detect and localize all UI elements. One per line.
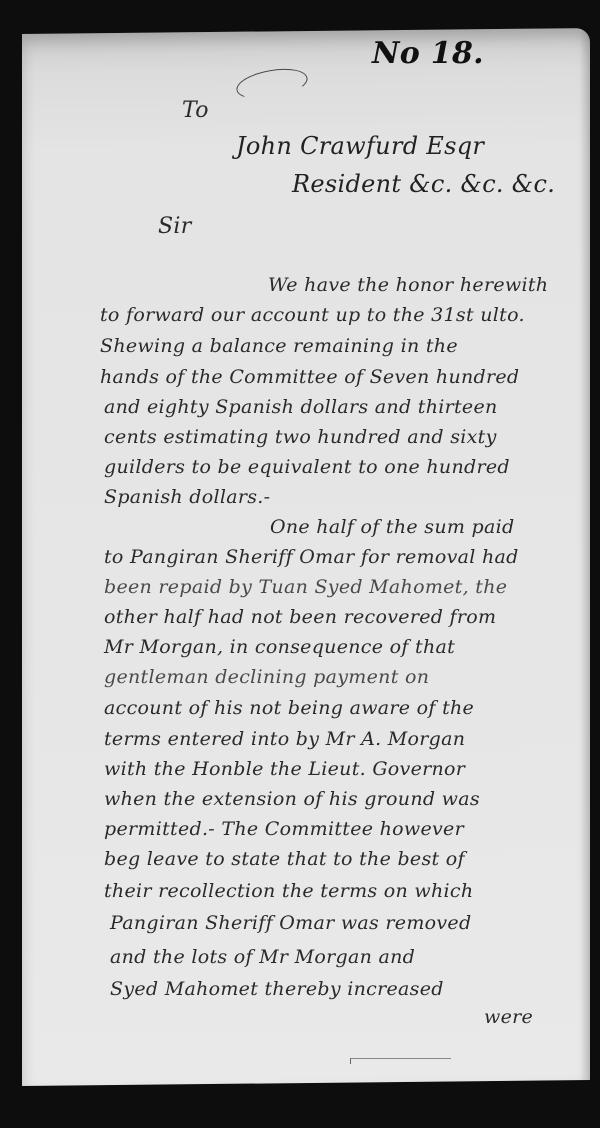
body-line: Pangiran Sheriff Omar was removed: [110, 912, 471, 934]
body-line: permitted.- The Committee however: [104, 818, 464, 840]
archive-mark: [350, 1058, 451, 1064]
body-line: beg leave to state that to the best of: [104, 848, 465, 870]
addressee-to: To: [182, 98, 209, 123]
body-line: with the Honble the Lieut. Governor: [104, 758, 465, 780]
body-line: Shewing a balance remaining in the: [100, 335, 458, 357]
body-line: and the lots of Mr Morgan and: [110, 946, 415, 968]
body-line: their recollection the terms on which: [104, 880, 473, 902]
body-line: hands of the Committee of Seven hundred: [100, 366, 519, 388]
document-number: No 18.: [372, 36, 484, 71]
catchword: were: [484, 1006, 533, 1028]
addressee-name: John Crawfurd Esqr: [236, 132, 484, 160]
body-line: Mr Morgan, in consequence of that: [104, 636, 455, 658]
addressee-title: Resident &c. &c. &c.: [292, 170, 555, 198]
body-line: when the extension of his ground was: [104, 788, 480, 810]
body-line: gentleman declining payment on: [104, 666, 429, 688]
body-line: to Pangiran Sheriff Omar for removal had: [104, 546, 519, 568]
body-line: guilders to be equivalent to one hundred: [104, 456, 510, 478]
body-line: and eighty Spanish dollars and thirteen: [104, 396, 498, 418]
body-line: cents estimating two hundred and sixty: [104, 426, 497, 448]
body-line: Syed Mahomet thereby increased: [110, 978, 444, 1000]
body-line: account of his not being aware of the: [104, 697, 474, 719]
body-line: One half of the sum paid: [270, 516, 514, 538]
body-line: We have the honor herewith: [268, 274, 548, 296]
body-line: other half had not been recovered from: [104, 606, 496, 628]
body-line: Spanish dollars.-: [104, 486, 270, 508]
body-line: terms entered into by Mr A. Morgan: [104, 728, 465, 750]
salutation: Sir: [158, 214, 192, 239]
body-line: to forward our account up to the 31st ul…: [100, 304, 525, 326]
body-line: been repaid by Tuan Syed Mahomet, the: [104, 576, 507, 598]
